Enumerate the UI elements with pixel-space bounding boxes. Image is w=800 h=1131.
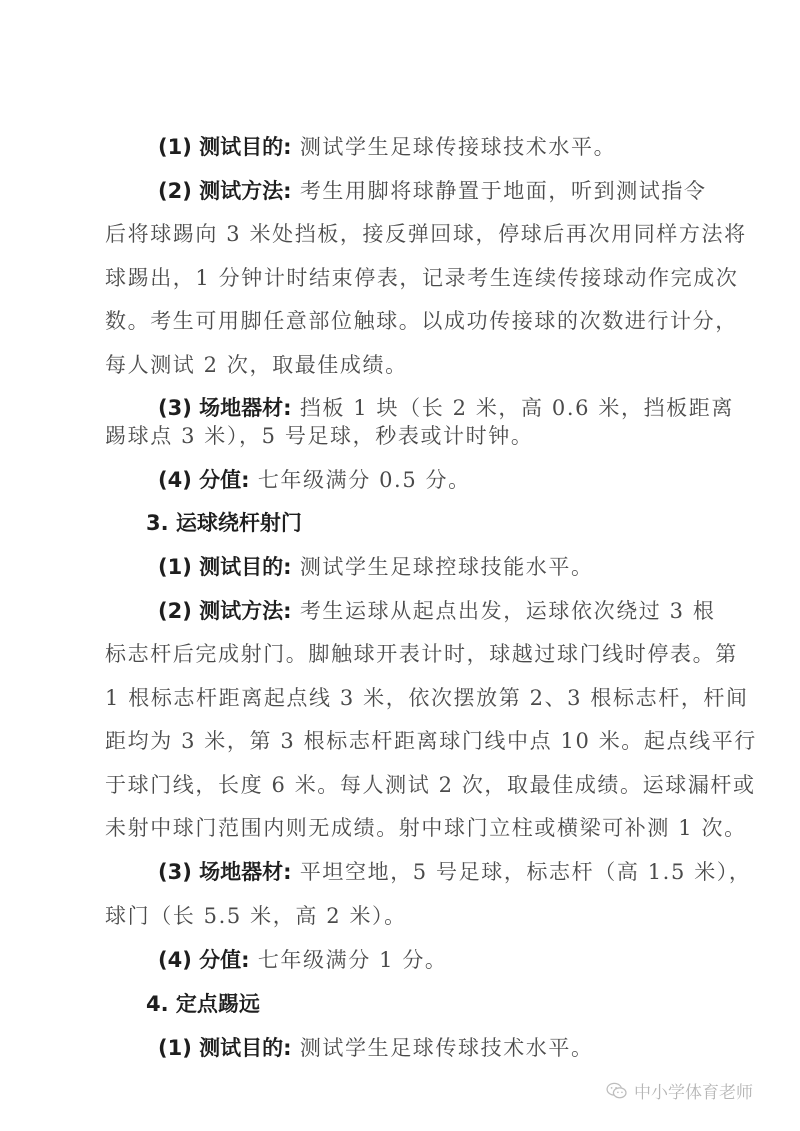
item-text: 挡板 1 块（长 2 米，高 0.6 米，挡板距离 <box>300 396 734 420</box>
wechat-icon <box>606 1082 628 1100</box>
item-label: (1) 测试目的: <box>158 135 292 159</box>
section2-score: (4) 分值: 七年级满分 0.5 分。 <box>158 466 758 494</box>
item-text: 考生运球从起点出发，运球依次绕过 3 根 <box>300 599 716 623</box>
document-page: (1) 测试目的: 测试学生足球传接球技术水平。 (2) 测试方法: 考生用脚将… <box>0 0 800 1131</box>
item-label: (1) 测试目的: <box>158 1036 292 1060</box>
paragraph-line: 每人测试 2 次，取最佳成绩。 <box>105 351 705 379</box>
item-text: 测试学生足球传接球技术水平。 <box>300 135 616 159</box>
item-label: (2) 测试方法: <box>158 179 292 203</box>
watermark-text: 中小学体育老师 <box>634 1078 753 1103</box>
paragraph-line: 数。考生可用脚任意部位触球。以成功传接球的次数进行计分， <box>105 307 705 335</box>
item-label: (4) 分值: <box>158 948 250 972</box>
paragraph-line: 未射中球门范围内则无成绩。射中球门立柱或横梁可补测 1 次。 <box>105 814 705 842</box>
section2-purpose: (1) 测试目的: 测试学生足球传接球技术水平。 <box>158 133 758 161</box>
item-text: 测试学生足球传球技术水平。 <box>300 1036 594 1060</box>
section3-score: (4) 分值: 七年级满分 1 分。 <box>158 946 758 974</box>
paragraph-line: 标志杆后完成射门。脚触球开表计时，球越过球门线时停表。第 <box>105 640 705 668</box>
section3-method: (2) 测试方法: 考生运球从起点出发，运球依次绕过 3 根 <box>158 597 758 625</box>
section-heading-3: 3. 运球绕杆射门 <box>146 509 746 537</box>
item-text: 平坦空地，5 号足球，标志杆（高 1.5 米）， <box>300 860 752 884</box>
section2-equipment: (3) 场地器材: 挡板 1 块（长 2 米，高 0.6 米，挡板距离 <box>158 394 758 422</box>
paragraph-line: 球踢出，1 分钟计时结束停表，记录考生连续传接球动作完成次 <box>105 264 705 292</box>
section4-purpose: (1) 测试目的: 测试学生足球传球技术水平。 <box>158 1034 758 1062</box>
section2-method: (2) 测试方法: 考生用脚将球静置于地面，听到测试指令 <box>158 177 758 205</box>
paragraph-line: 1 根标志杆距离起点线 3 米，依次摆放第 2、3 根标志杆，杆间 <box>105 684 705 712</box>
item-label: (3) 场地器材: <box>158 396 292 420</box>
item-text: 七年级满分 1 分。 <box>258 948 448 972</box>
section3-purpose: (1) 测试目的: 测试学生足球控球技能水平。 <box>158 553 758 581</box>
item-label: (4) 分值: <box>158 468 250 492</box>
paragraph-line: 后将球踢向 3 米处挡板，接反弹回球，停球后再次用同样方法将 <box>105 220 705 248</box>
item-text: 考生用脚将球静置于地面，听到测试指令 <box>300 179 707 203</box>
item-label: (1) 测试目的: <box>158 555 292 579</box>
paragraph-line: 于球门线，长度 6 米。每人测试 2 次，取最佳成绩。运球漏杆或 <box>105 771 705 799</box>
paragraph-line: 球门（长 5.5 米，高 2 米）。 <box>105 902 705 930</box>
item-label: (3) 场地器材: <box>158 860 292 884</box>
item-label: (2) 测试方法: <box>158 599 292 623</box>
section3-equipment: (3) 场地器材: 平坦空地，5 号足球，标志杆（高 1.5 米）， <box>158 858 758 886</box>
item-text: 七年级满分 0.5 分。 <box>258 468 471 492</box>
paragraph-line: 距均为 3 米，第 3 根标志杆距离球门线中点 10 米。起点线平行 <box>105 727 705 755</box>
paragraph-line: 踢球点 3 米），5 号足球，秒表或计时钟。 <box>105 422 705 450</box>
section-heading-4: 4. 定点踢远 <box>146 990 746 1018</box>
item-text: 测试学生足球控球技能水平。 <box>300 555 594 579</box>
watermark: 中小学体育老师 <box>606 1078 753 1103</box>
